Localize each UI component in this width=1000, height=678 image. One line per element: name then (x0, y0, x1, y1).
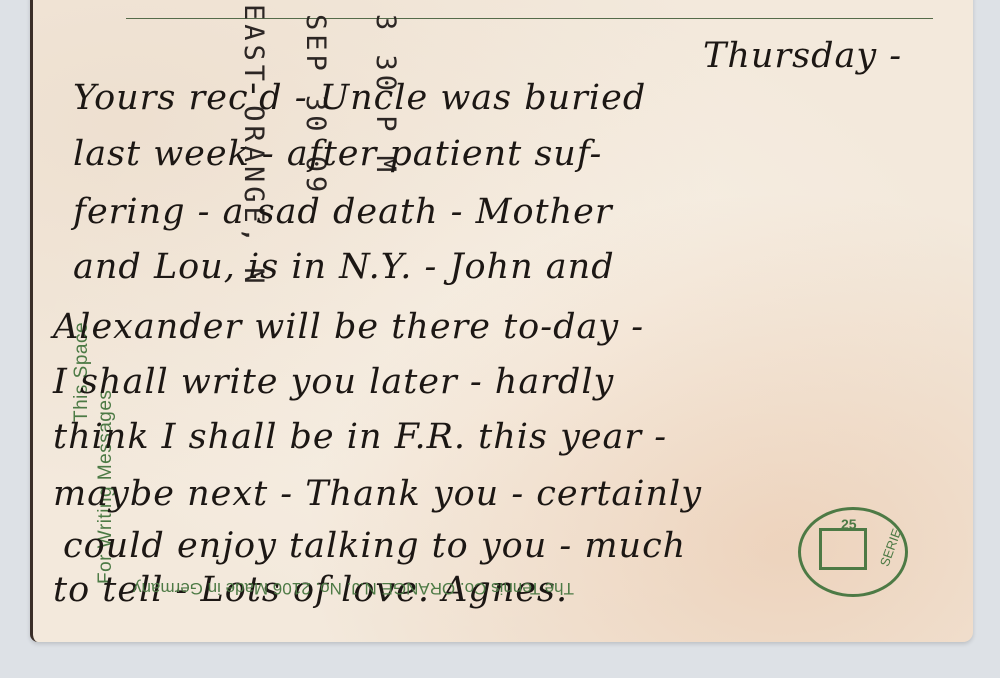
message-line: maybe next - Thank you - certainly (53, 474, 702, 514)
postcard: This Space For Writing Messages EAST ORA… (30, 0, 973, 642)
message-line: Yours rec'd - Uncle was buried (73, 78, 646, 118)
message-line: Alexander will be there to-day - (53, 307, 644, 347)
printer-imprint: The Tennis Co. ORANGE N.J. No. 2106 Made… (133, 578, 574, 598)
message-line: I shall write you later - hardly (53, 362, 614, 402)
date-heading: Thursday - (703, 36, 902, 76)
publisher-logo-icon: 25 SERIE (798, 507, 908, 597)
message-line: could enjoy talking to you - much (63, 526, 686, 566)
message-line: and Lou, is in N.Y. - John and (73, 247, 615, 287)
logo-box-icon (819, 528, 867, 570)
logo-serie-text: SERIE (877, 527, 904, 569)
message-line: think I shall be in F.R. this year - (53, 417, 667, 457)
message-line: fering - a sad death - Mother (73, 192, 613, 232)
message-line: last week - after patient suf- (73, 134, 602, 174)
